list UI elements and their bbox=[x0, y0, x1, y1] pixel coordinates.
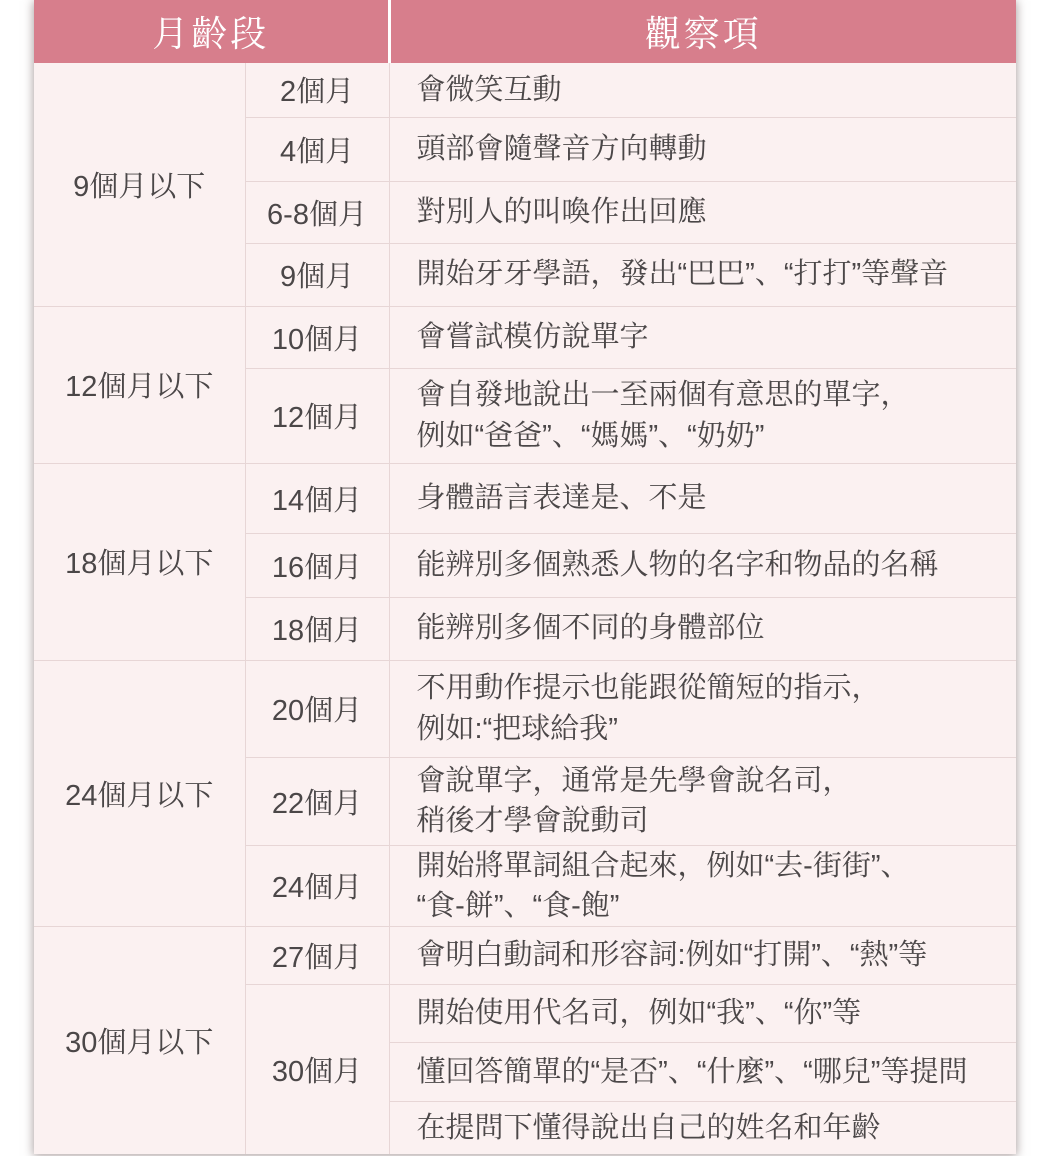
month-label: 6-8個月 bbox=[245, 181, 389, 243]
milestone-table: 月齡段 觀察項 9個月以下 2個月 會微笑互動 4個月 頭部會隨聲音方向轉動 6… bbox=[34, 0, 1016, 1154]
month-label: 30個月 bbox=[245, 984, 389, 1154]
observation-text: 開始將單詞組合起來，例如“去-街街”、 bbox=[417, 846, 1007, 886]
month-label: 10個月 bbox=[245, 306, 389, 368]
observation-text: 身體語言表達是、不是 bbox=[417, 478, 1007, 518]
observation-text: 會微笑互動 bbox=[417, 70, 1007, 110]
observation-cell: 會微笑互動 bbox=[389, 63, 1016, 117]
observation-cell: 對別人的叫喚作出回應 bbox=[389, 181, 1016, 243]
age-group-label: 30個月以下 bbox=[34, 926, 245, 1154]
month-label: 27個月 bbox=[245, 926, 389, 984]
month-label: 2個月 bbox=[245, 63, 389, 117]
observation-text: 會說單字，通常是先學會說名司， bbox=[417, 761, 1007, 801]
observation-cell: 會說單字，通常是先學會說名司， 稍後才學會說動司 bbox=[389, 757, 1016, 845]
age-group-label: 18個月以下 bbox=[34, 463, 245, 660]
header-observation-column: 觀察項 bbox=[389, 0, 1016, 63]
observation-cell: 在提問下懂得說出自己的姓名和年齡 bbox=[389, 1101, 1016, 1154]
observation-text: 例如“爸爸”、“媽媽”、“奶奶” bbox=[417, 416, 1007, 456]
milestone-table-sheet: 月齡段 觀察項 9個月以下 2個月 會微笑互動 4個月 頭部會隨聲音方向轉動 6… bbox=[34, 0, 1016, 1153]
observation-text: 不用動作提示也能跟從簡短的指示， bbox=[417, 668, 1007, 708]
observation-cell: 開始牙牙學語，發出“巴巴”、“打打”等聲音 bbox=[389, 243, 1016, 306]
observation-text: 會嘗試模仿說單字 bbox=[417, 317, 1007, 357]
observation-text: 例如:“把球給我” bbox=[417, 709, 1007, 749]
observation-cell: 會自發地說出一至兩個有意思的單字， 例如“爸爸”、“媽媽”、“奶奶” bbox=[389, 368, 1016, 463]
table-row: 24個月以下 20個月 不用動作提示也能跟從簡短的指示， 例如:“把球給我” bbox=[34, 660, 1016, 757]
age-group-label: 12個月以下 bbox=[34, 306, 245, 463]
month-label: 12個月 bbox=[245, 368, 389, 463]
observation-cell: 懂回答簡單的“是否”、“什麼”、“哪兒”等提問 bbox=[389, 1042, 1016, 1101]
observation-cell: 會嘗試模仿說單字 bbox=[389, 306, 1016, 368]
observation-text: 會明白動詞和形容詞:例如“打開”、“熱”等 bbox=[417, 935, 1007, 975]
observation-text: 開始使用代名司，例如“我”、“你”等 bbox=[417, 993, 1007, 1033]
table-row: 30個月以下 27個月 會明白動詞和形容詞:例如“打開”、“熱”等 bbox=[34, 926, 1016, 984]
observation-cell: 不用動作提示也能跟從簡短的指示， 例如:“把球給我” bbox=[389, 660, 1016, 757]
month-label: 16個月 bbox=[245, 533, 389, 597]
table-row: 9個月以下 2個月 會微笑互動 bbox=[34, 63, 1016, 117]
observation-cell: 開始使用代名司，例如“我”、“你”等 bbox=[389, 984, 1016, 1042]
table-row: 12個月以下 10個月 會嘗試模仿說單字 bbox=[34, 306, 1016, 368]
observation-text: 會自發地說出一至兩個有意思的單字， bbox=[417, 375, 1007, 415]
table-row: 18個月以下 14個月 身體語言表達是、不是 bbox=[34, 463, 1016, 533]
observation-text: 懂回答簡單的“是否”、“什麼”、“哪兒”等提問 bbox=[417, 1052, 1007, 1092]
page: 月齡段 觀察項 9個月以下 2個月 會微笑互動 4個月 頭部會隨聲音方向轉動 6… bbox=[0, 0, 1050, 1156]
observation-cell: 會明白動詞和形容詞:例如“打開”、“熱”等 bbox=[389, 926, 1016, 984]
observation-text: 能辨別多個熟悉人物的名字和物品的名稱 bbox=[417, 545, 1007, 585]
table-header-row: 月齡段 觀察項 bbox=[34, 0, 1016, 63]
observation-text: 對別人的叫喚作出回應 bbox=[417, 192, 1007, 232]
age-group-label: 9個月以下 bbox=[34, 63, 245, 306]
month-label: 20個月 bbox=[245, 660, 389, 757]
month-label: 18個月 bbox=[245, 597, 389, 660]
observation-cell: 頭部會隨聲音方向轉動 bbox=[389, 117, 1016, 181]
observation-text: 在提問下懂得說出自己的姓名和年齡 bbox=[417, 1108, 1007, 1148]
month-label: 24個月 bbox=[245, 845, 389, 926]
age-group-label: 24個月以下 bbox=[34, 660, 245, 926]
header-age-column: 月齡段 bbox=[34, 0, 389, 63]
observation-text: 能辨別多個不同的身體部位 bbox=[417, 608, 1007, 648]
observation-text: “食-餅”、“食-飽” bbox=[417, 886, 1007, 926]
month-label: 4個月 bbox=[245, 117, 389, 181]
month-label: 22個月 bbox=[245, 757, 389, 845]
observation-cell: 身體語言表達是、不是 bbox=[389, 463, 1016, 533]
observation-cell: 能辨別多個熟悉人物的名字和物品的名稱 bbox=[389, 533, 1016, 597]
observation-cell: 能辨別多個不同的身體部位 bbox=[389, 597, 1016, 660]
month-label: 14個月 bbox=[245, 463, 389, 533]
observation-text: 開始牙牙學語，發出“巴巴”、“打打”等聲音 bbox=[417, 254, 1007, 294]
observation-text: 稍後才學會說動司 bbox=[417, 801, 1007, 841]
observation-cell: 開始將單詞組合起來，例如“去-街街”、 “食-餅”、“食-飽” bbox=[389, 845, 1016, 926]
observation-text: 頭部會隨聲音方向轉動 bbox=[417, 129, 1007, 169]
month-label: 9個月 bbox=[245, 243, 389, 306]
